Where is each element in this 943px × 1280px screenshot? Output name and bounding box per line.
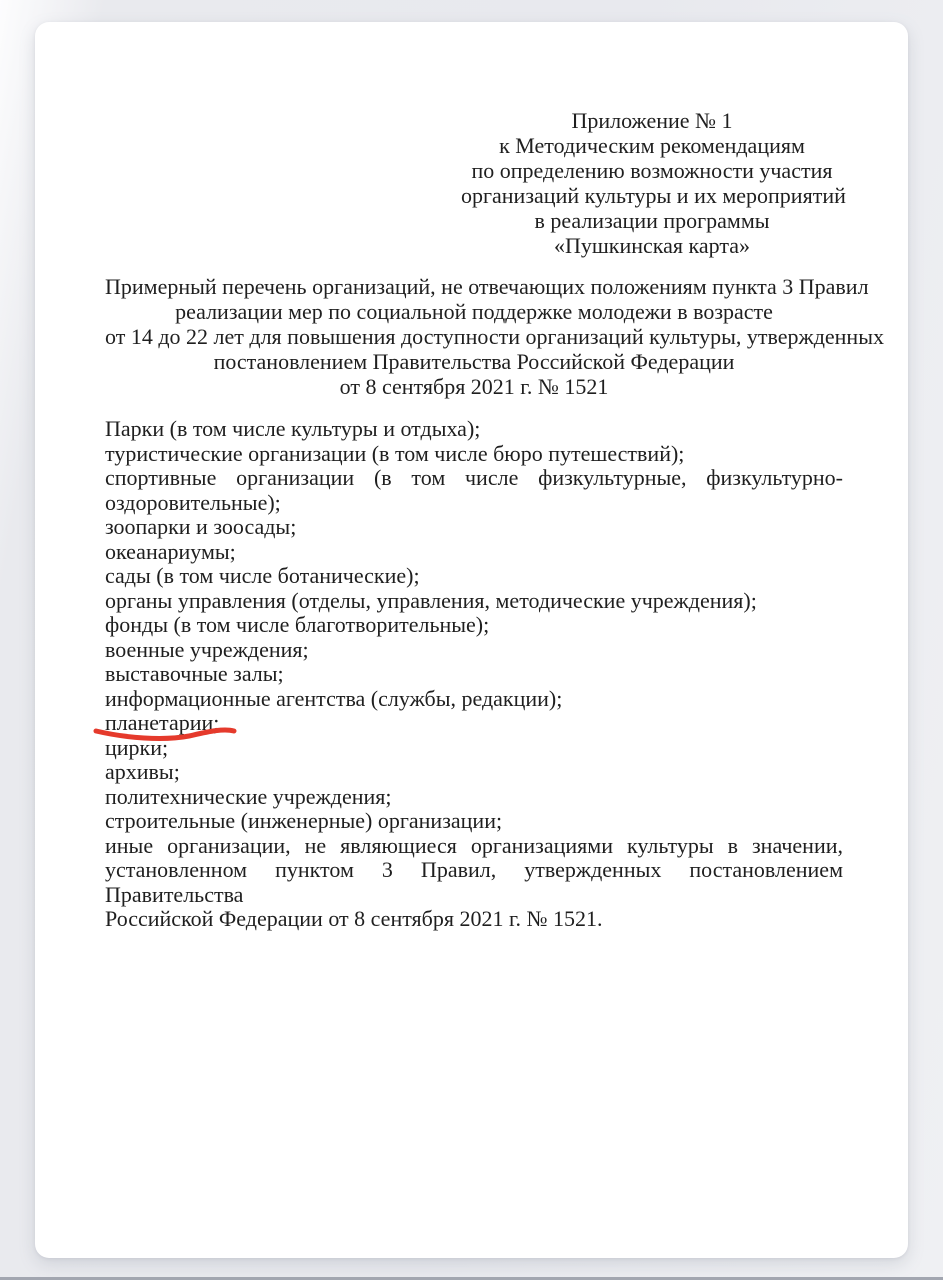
closing-paragraph-line: установленном пунктом 3 Правил, утвержде… [105, 858, 843, 907]
list-item: выставочные залы; [105, 662, 843, 687]
document-page: Приложение № 1 к Методическим рекомендац… [35, 22, 908, 1258]
appendix-header-line: Приложение № 1 [461, 108, 843, 133]
list-item: зоопарки и зоосады; [105, 515, 843, 540]
appendix-header: Приложение № 1 к Методическим рекомендац… [461, 108, 843, 258]
document-title: Примерный перечень организаций, не отвеч… [105, 274, 843, 399]
appendix-header-line: «Пушкинская карта» [461, 233, 843, 258]
list-item: фонды (в том числе благотворительные); [105, 613, 843, 638]
document-title-line: Примерный перечень организаций, не отвеч… [105, 274, 843, 299]
document-title-line: реализации мер по социальной поддержке м… [105, 299, 843, 324]
appendix-header-line: организаций культуры и их мероприятий [461, 183, 843, 208]
appendix-header-line: по определению возможности участия [461, 158, 843, 183]
list-item-planetarii: планетарии; [105, 711, 843, 736]
list-item: спортивные организации (в том числе физк… [105, 466, 843, 491]
list-item: органы управления (отделы, управления, м… [105, 589, 843, 614]
document-title-line: от 14 до 22 лет для повышения доступност… [105, 324, 843, 349]
list-item: Парки (в том числе культуры и отдыха); [105, 417, 843, 442]
appendix-header-line: в реализации программы [461, 208, 843, 233]
document-title-line: от 8 сентября 2021 г. № 1521 [105, 374, 843, 399]
closing-paragraph-line: иные организации, не являющиеся организа… [105, 834, 843, 859]
list-item: туристические организации (в том числе б… [105, 442, 843, 467]
document-title-line: постановлением Правительства Российской … [105, 349, 843, 374]
list-item-text: планетарии; [105, 710, 219, 735]
closing-paragraph-line: Российской Федерации от 8 сентября 2021 … [105, 907, 843, 932]
organizations-list: Парки (в том числе культуры и отдыха); т… [105, 417, 843, 932]
list-item: сады (в том числе ботанические); [105, 564, 843, 589]
list-item: информационные агентства (службы, редакц… [105, 687, 843, 712]
list-item: политехнические учреждения; [105, 785, 843, 810]
appendix-header-line: к Методическим рекомендациям [461, 133, 843, 158]
list-item: океанариумы; [105, 540, 843, 565]
list-item: архивы; [105, 760, 843, 785]
list-item: строительные (инженерные) организации; [105, 809, 843, 834]
list-item: военные учреждения; [105, 638, 843, 663]
list-item: оздоровительные); [105, 491, 843, 516]
list-item: цирки; [105, 736, 843, 761]
